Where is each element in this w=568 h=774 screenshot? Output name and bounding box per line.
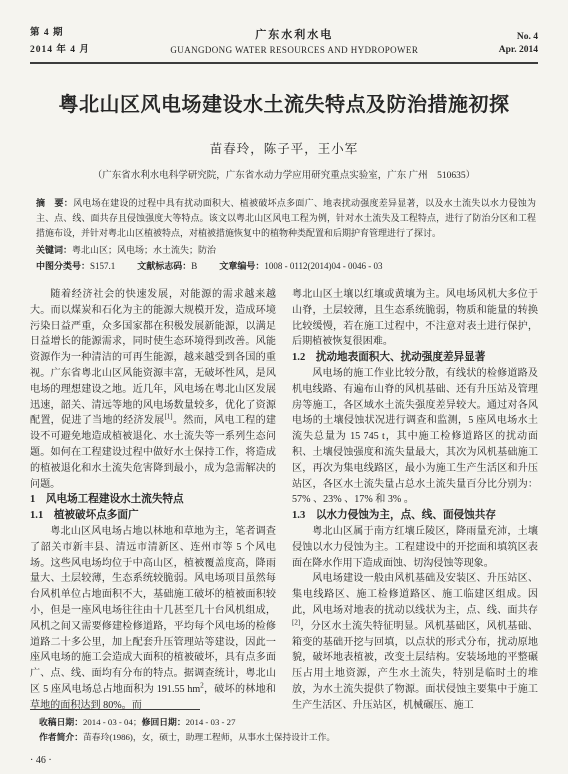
- journal-name-en: GUANGDONG WATER RESOURCES AND HYDROPOWER: [170, 45, 418, 55]
- paper-page: 第 4 期 2014 年 4 月 广东水利水电 GUANGDONG WATER …: [0, 0, 568, 774]
- header-center: 广东水利水电 GUANGDONG WATER RESOURCES AND HYD…: [170, 26, 418, 55]
- article-id: 1008 - 0112(2014)04 - 0046 - 03: [264, 261, 382, 271]
- footnote-divider: [30, 709, 200, 710]
- author-bio-label: 作者简介：: [39, 732, 83, 742]
- section-1-2-paragraph: 风电场的施工作业比较分散，有线状的检修道路及机电线路、有遍布山脊的风机基础、还有…: [292, 366, 538, 508]
- issue-number-en: No. 4: [499, 32, 538, 42]
- issue-date-en: Apr. 2014: [499, 45, 538, 55]
- author-names: 苗春玲，陈子平，王小军: [30, 139, 538, 157]
- section-heading-1-3: 1.3 以水力侵蚀为主，点、线、面侵蚀共存: [292, 508, 538, 524]
- footnote-block: 收稿日期：2014 - 03 - 04；修回日期：2014 - 03 - 27 …: [30, 709, 410, 744]
- clc-label: 中图分类号：: [36, 261, 90, 271]
- keywords-label: 关键词：: [36, 245, 72, 255]
- revised-date-label: 修回日期：: [142, 717, 186, 727]
- header-left: 第 4 期 2014 年 4 月: [30, 24, 90, 55]
- classification-line: 中图分类号：S157.1文献标志码：B文章编号：1008 - 0112(2014…: [36, 259, 536, 274]
- body-columns: 随着经济社会的快速发展，对能源的需求越来越大。而以煤炭和石化为主的能源大规模开发…: [30, 287, 538, 715]
- section-heading-1-1: 1.1 植被破坏点多面广: [30, 508, 276, 524]
- citation-ref-1: [1]: [164, 413, 172, 421]
- article-id-label: 文章编号：: [219, 261, 264, 271]
- revised-date: 2014 - 03 - 27: [186, 717, 236, 727]
- journal-name-cn: 广东水利水电: [170, 26, 418, 42]
- citation-ref-2: [2]: [292, 618, 300, 626]
- header-right: No. 4 Apr. 2014: [499, 32, 538, 55]
- issue-date-cn: 2014 年 4 月: [30, 41, 90, 55]
- keywords-line: 关键词：粤北山区；风电场；水土流失；防治: [36, 243, 536, 258]
- abstract-paragraph: 摘 要：风电场在建设的过程中具有扰动面积大、植被破坏点多面广、地表扰动强度差异显…: [36, 196, 536, 242]
- abstract-block: 摘 要：风电场在建设的过程中具有扰动面积大、植被破坏点多面广、地表扰动强度差异显…: [36, 196, 536, 274]
- received-dates-line: 收稿日期：2014 - 03 - 04；修回日期：2014 - 03 - 27: [30, 715, 410, 730]
- page-number: · 46 ·: [30, 755, 52, 766]
- intro-paragraph: 随着经济社会的快速发展，对能源的需求越来越大。而以煤炭和石化为主的能源大规模开发…: [30, 287, 276, 492]
- doc-code: B: [191, 261, 197, 271]
- doc-code-label: 文献标志码：: [137, 261, 191, 271]
- author-bio: 苗春玲(1986)，女，硕士，助理工程师，从事水土保持设计工作。: [83, 732, 335, 742]
- left-column: 随着经济社会的快速发展，对能源的需求越来越大。而以煤炭和石化为主的能源大规模开发…: [30, 287, 276, 715]
- abstract-text: 风电场在建设的过程中具有扰动面积大、植被破坏点多面广、地表扰动强度差异显著，以及…: [36, 198, 536, 238]
- journal-header: 第 4 期 2014 年 4 月 广东水利水电 GUANGDONG WATER …: [30, 24, 538, 64]
- abstract-label: 摘 要：: [36, 198, 73, 208]
- received-date: 2014 - 03 - 04；: [83, 717, 142, 727]
- issue-number-cn: 第 4 期: [30, 24, 90, 38]
- author-affiliation: （广东省水利水电科学研究院，广东省水动力学应用研究重点实验室，广东 广州 510…: [30, 167, 538, 181]
- right-column: 粤北山区土壤以红壤或黄壤为主。风电场风机大多位于山脊，土层较薄，且生态系统脆弱，…: [292, 287, 538, 715]
- section-1-3-paragraph-1: 粤北山区属于南方红壤丘陵区，降雨量充沛，土壤侵蚀以水力侵蚀为主。工程建设中的开挖…: [292, 524, 538, 571]
- keywords-text: 粤北山区；风电场；水土流失；防治: [72, 245, 216, 255]
- section-1-1-paragraph: 粤北山区风电场占地以林地和草地为主，笔者调查了韶关市新丰县、清远市清新区、连州市…: [30, 524, 276, 714]
- section-1-3-paragraph-2: 风电场建设一般由风机基础及安装区、升压站区、集电线路区、施工检修道路区、施工临建…: [292, 571, 538, 713]
- section-heading-1: 1 风电场工程建设水土流失特点: [30, 492, 276, 508]
- section-heading-1-2: 1.2 扰动地表面积大、扰动强度差异显著: [292, 350, 538, 366]
- author-bio-line: 作者简介：苗春玲(1986)，女，硕士，助理工程师，从事水土保持设计工作。: [30, 730, 410, 745]
- clc-code: S157.1: [90, 261, 115, 271]
- continued-paragraph: 粤北山区土壤以红壤或黄壤为主。风电场风机大多位于山脊，土层较薄，且生态系统脆弱，…: [292, 287, 538, 350]
- article-title: 粤北山区风电场建设水土流失特点及防治措施初探: [30, 88, 538, 117]
- received-date-label: 收稿日期：: [39, 717, 83, 727]
